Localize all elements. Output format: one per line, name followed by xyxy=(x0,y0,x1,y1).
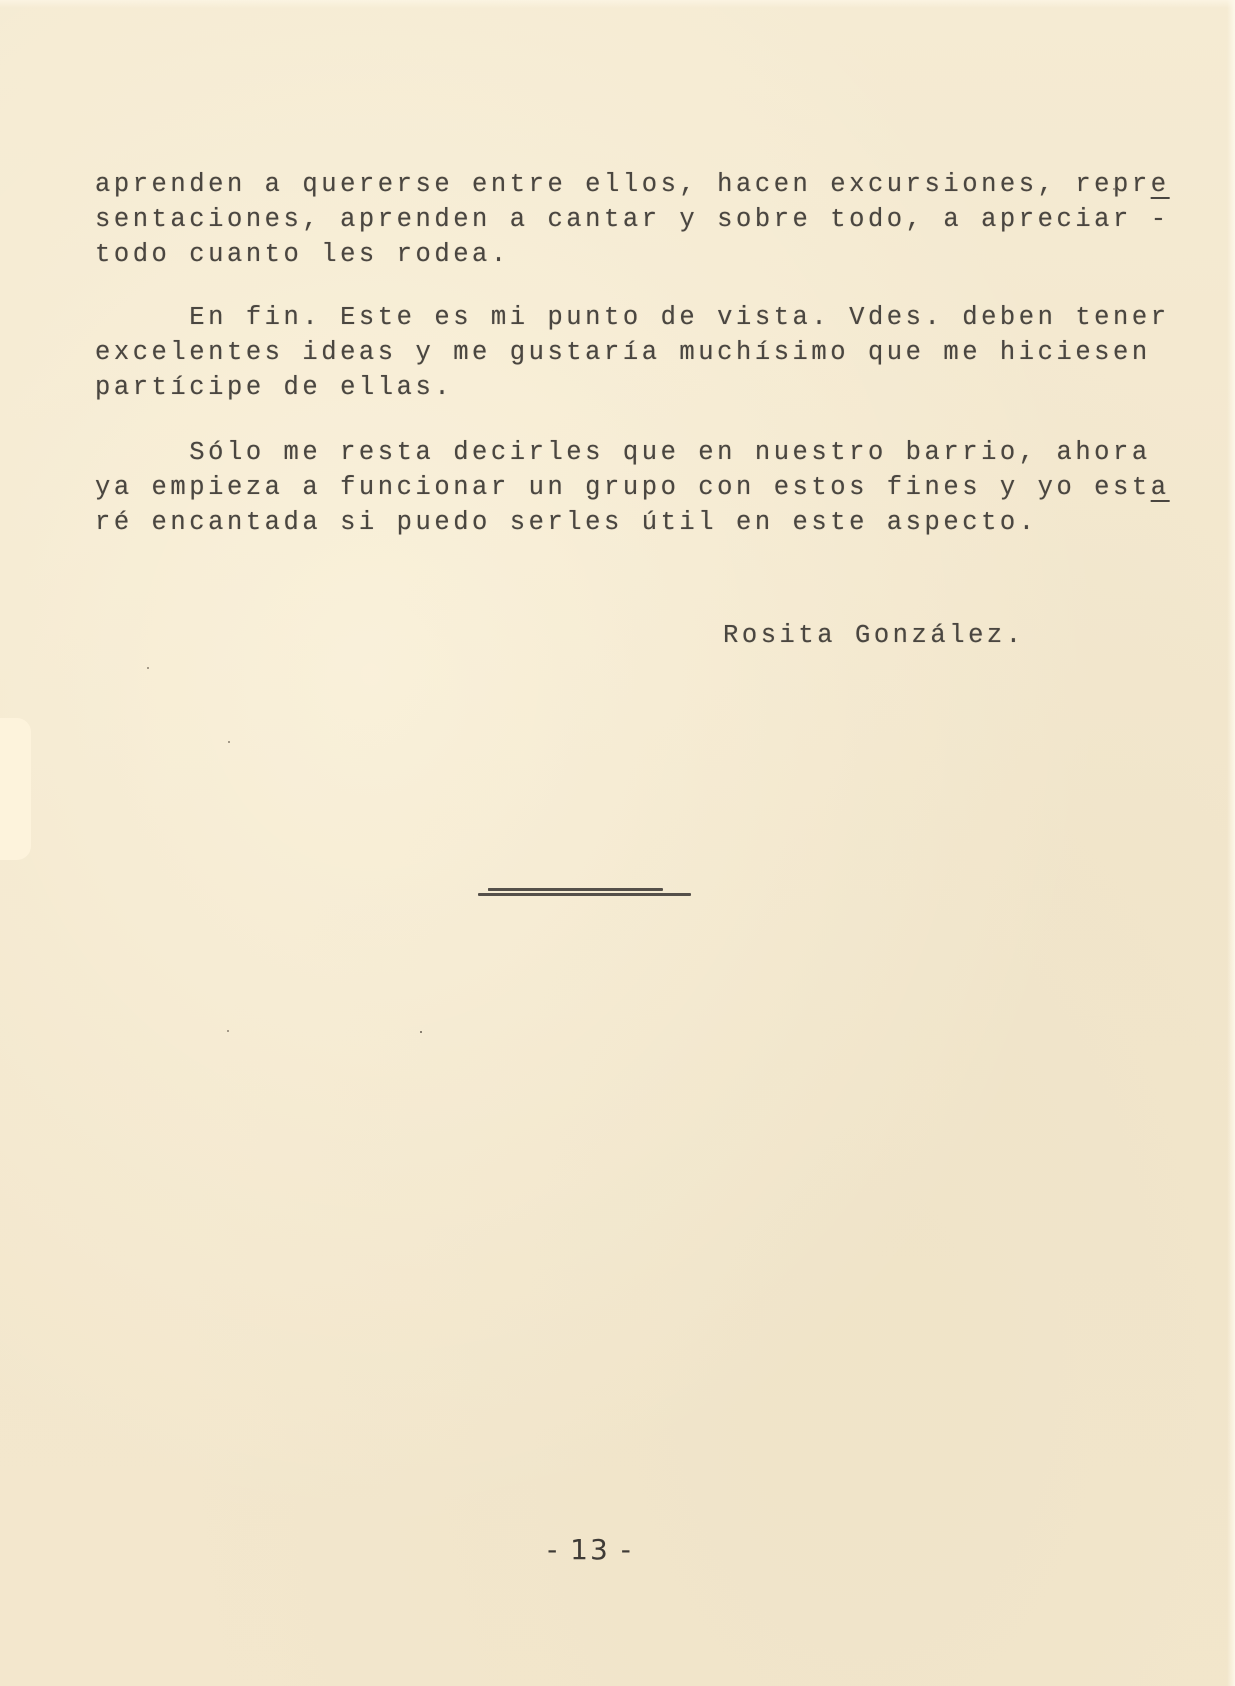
paragraph-2-line-3: partícipe de ellas. xyxy=(95,375,453,401)
paragraph-1-line-1: aprenden a quererse entre ellos, hacen e… xyxy=(95,172,1170,198)
paragraph-1-line-2: sentaciones, aprenden a cantar y sobre t… xyxy=(95,207,1170,233)
paper-speck xyxy=(227,1030,229,1032)
paper-right-edge xyxy=(1227,0,1235,1686)
paper-speck xyxy=(1113,188,1115,190)
hyphen-underlined-char: e xyxy=(1151,170,1170,199)
paper-top-edge xyxy=(0,0,1235,8)
page-tab-marker xyxy=(0,718,31,860)
paragraph-3-line-2: ya empieza a funcionar un grupo con esto… xyxy=(95,475,1170,501)
paragraph-1-line-3: todo cuanto les rodea. xyxy=(95,242,510,268)
paragraph-3-line-1: Sólo me resta decirles que en nuestro ba… xyxy=(95,440,1151,466)
paper-speck xyxy=(420,1031,422,1033)
paragraph-2-line-1: En fin. Este es mi punto de vista. Vdes.… xyxy=(95,305,1170,331)
line-text: aprenden a quererse entre ellos, hacen e… xyxy=(95,170,1151,199)
divider-rule-bottom xyxy=(478,893,691,896)
paper-speck xyxy=(147,667,149,669)
paragraph-3-line-3: ré encantada si puedo serles útil en est… xyxy=(95,510,1038,536)
paper-page: aprenden a quererse entre ellos, hacen e… xyxy=(0,0,1235,1686)
page-number: - 13 - xyxy=(535,1533,645,1566)
hyphen-underlined-char: a xyxy=(1151,473,1170,502)
signature: Rosita González. xyxy=(723,623,1025,649)
line-text: ya empieza a funcionar un grupo con esto… xyxy=(95,473,1151,502)
paragraph-2-line-2: excelentes ideas y me gustaría muchísimo… xyxy=(95,340,1151,366)
divider-rule-top-extension xyxy=(488,888,663,891)
paper-speck xyxy=(228,741,230,743)
